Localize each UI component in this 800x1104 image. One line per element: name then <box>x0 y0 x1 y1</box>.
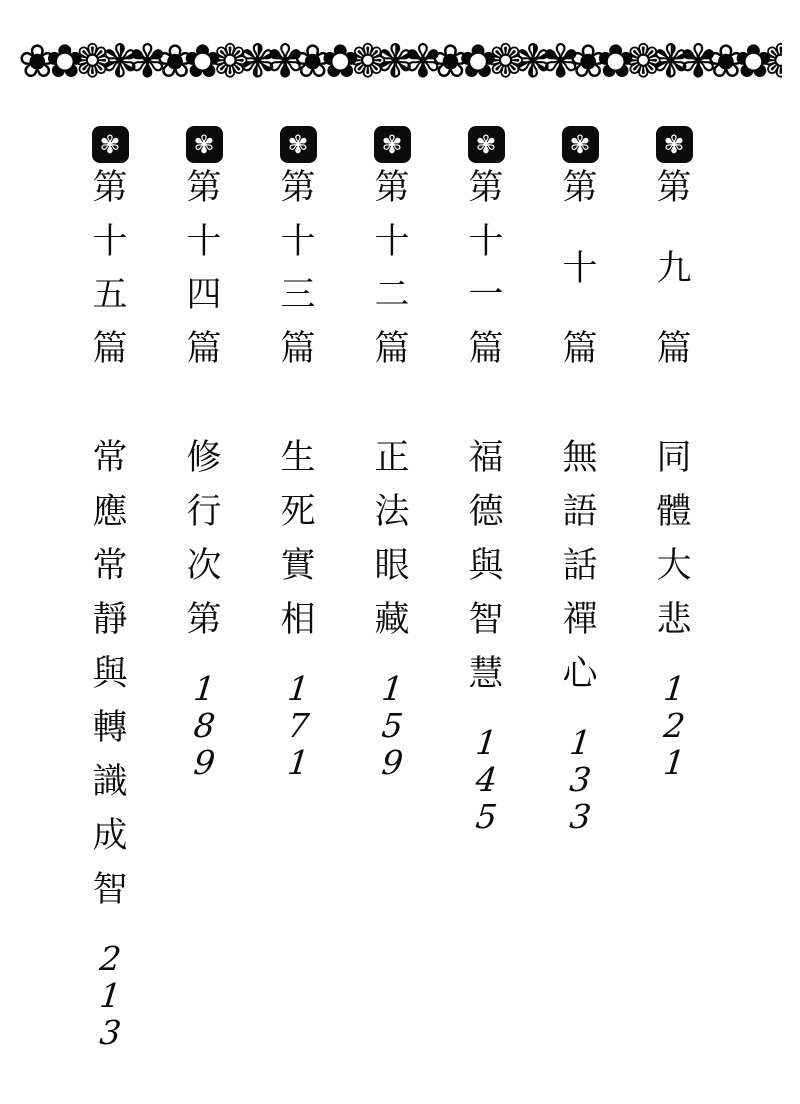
title-char: 與 <box>92 657 127 692</box>
chapter-char: 第 <box>280 171 315 206</box>
page-digit: 3 <box>568 761 593 798</box>
chapter-char: 篇 <box>92 332 127 367</box>
floral-stamp-icon: ✾ <box>468 126 505 163</box>
chapter-label: 第十一篇 <box>468 171 503 367</box>
title-char: 應 <box>92 495 127 530</box>
chapter-char: 第 <box>562 171 597 206</box>
page-digit: 1 <box>474 724 499 761</box>
page-digit: 1 <box>192 670 217 707</box>
toc-entry: ✾ 第十五篇 常應常靜與轉識成智 213 <box>74 126 146 1051</box>
page-number: 145 <box>476 724 497 835</box>
page-digit: 8 <box>192 707 217 744</box>
entry-title: 福德與智慧 <box>468 441 503 692</box>
floral-stamp-icon: ✾ <box>186 126 223 163</box>
chapter-char: 一 <box>468 278 503 313</box>
title-char: 慧 <box>468 657 503 692</box>
page-digit: 4 <box>474 761 499 798</box>
page-digit: 2 <box>98 940 123 977</box>
page-digit: 1 <box>286 744 311 781</box>
chapter-char: 第 <box>92 171 127 206</box>
title-char: 正 <box>374 441 409 476</box>
page-number: 171 <box>288 670 309 781</box>
title-char: 禪 <box>562 603 597 638</box>
title-char: 無 <box>562 441 597 476</box>
chapter-char: 十 <box>374 225 409 260</box>
title-char: 成 <box>92 819 127 854</box>
title-char: 智 <box>92 873 127 908</box>
page-digit: 1 <box>380 670 405 707</box>
title-char: 悲 <box>656 603 691 638</box>
page-digit: 9 <box>380 744 405 781</box>
chapter-char: 篇 <box>374 332 409 367</box>
chapter-char: 十 <box>280 225 315 260</box>
title-char: 死 <box>280 495 315 530</box>
chapter-char: 五 <box>92 278 127 313</box>
title-char: 常 <box>92 441 127 476</box>
chapter-label: 第十五篇 <box>92 171 127 367</box>
entry-title: 同體大悲 <box>656 441 691 638</box>
chapter-char: 篇 <box>468 332 503 367</box>
chapter-char: 篇 <box>186 332 221 367</box>
chapter-char: 三 <box>280 278 315 313</box>
title-char: 大 <box>656 549 691 584</box>
chapter-char: 第 <box>374 171 409 206</box>
entry-title: 生死實相 <box>280 441 315 638</box>
title-char: 語 <box>562 495 597 530</box>
title-char: 德 <box>468 495 503 530</box>
floral-stamp-icon: ✾ <box>374 126 411 163</box>
title-char: 次 <box>186 549 221 584</box>
toc-columns: ✾ 第九篇 同體大悲 121 ✾ 第十篇 無語話禪心 133 ✾ 第十一篇 福德… <box>74 126 710 1051</box>
title-char: 與 <box>468 549 503 584</box>
toc-entry: ✾ 第十二篇 正法眼藏 159 <box>356 126 428 1051</box>
chapter-char: 第 <box>186 171 221 206</box>
page-number: 133 <box>570 724 591 835</box>
page-digit: 1 <box>662 670 687 707</box>
chapter-label: 第十三篇 <box>280 171 315 367</box>
title-char: 實 <box>280 549 315 584</box>
title-char: 常 <box>92 549 127 584</box>
title-char: 轉 <box>92 711 127 746</box>
scanned-toc-page: ❀✿❁❃✾❀✿❁❃✾❀✿❁❃✾❀✿❁❃✾❀✿❁❃✾❀✿❁❃✾❀✿❁❃✾❀✿❁❃✾… <box>0 0 800 1104</box>
title-char: 心 <box>562 657 597 692</box>
page-number: 213 <box>100 940 121 1051</box>
page-digit: 1 <box>286 670 311 707</box>
title-char: 眼 <box>374 549 409 584</box>
chapter-char: 二 <box>374 278 409 313</box>
page-digit: 1 <box>568 724 593 761</box>
title-char: 法 <box>374 495 409 530</box>
title-char: 同 <box>656 441 691 476</box>
title-char: 識 <box>92 765 127 800</box>
chapter-char: 四 <box>186 278 221 313</box>
floral-border-ornament: ❀✿❁❃✾❀✿❁❃✾❀✿❁❃✾❀✿❁❃✾❀✿❁❃✾❀✿❁❃✾❀✿❁❃✾❀✿❁❃✾… <box>18 42 782 82</box>
chapter-char: 篇 <box>562 332 597 367</box>
page-digit: 7 <box>286 707 311 744</box>
title-char: 相 <box>280 603 315 638</box>
floral-stamp-icon: ✾ <box>656 126 693 163</box>
toc-entry: ✾ 第十篇 無語話禪心 133 <box>544 126 616 1051</box>
floral-stamp-icon: ✾ <box>92 126 129 163</box>
page-digit: 3 <box>568 798 593 835</box>
chapter-char: 十 <box>468 225 503 260</box>
title-char: 藏 <box>374 603 409 638</box>
entry-title: 常應常靜與轉識成智 <box>92 441 127 908</box>
entry-title: 修行次第 <box>186 441 221 638</box>
title-char: 修 <box>186 441 221 476</box>
page-digit: 1 <box>98 977 123 1014</box>
chapter-label: 第九篇 <box>656 171 691 367</box>
title-char: 智 <box>468 603 503 638</box>
entry-title: 無語話禪心 <box>562 441 597 692</box>
title-char: 話 <box>562 549 597 584</box>
title-char: 福 <box>468 441 503 476</box>
chapter-char: 第 <box>656 171 691 206</box>
title-char: 體 <box>656 495 691 530</box>
chapter-char: 十 <box>92 225 127 260</box>
page-digit: 3 <box>98 1014 123 1051</box>
chapter-char: 篇 <box>656 332 691 367</box>
title-char: 行 <box>186 495 221 530</box>
page-digit: 5 <box>474 798 499 835</box>
page-digit: 9 <box>192 744 217 781</box>
toc-entry: ✾ 第九篇 同體大悲 121 <box>638 126 710 1051</box>
chapter-char: 篇 <box>280 332 315 367</box>
page-number: 159 <box>382 670 403 781</box>
toc-entry: ✾ 第十三篇 生死實相 171 <box>262 126 334 1051</box>
floral-stamp-icon: ✾ <box>280 126 317 163</box>
title-char: 靜 <box>92 603 127 638</box>
page-number: 121 <box>664 670 685 781</box>
toc-entry: ✾ 第十一篇 福德與智慧 145 <box>450 126 522 1051</box>
page-digit: 1 <box>662 744 687 781</box>
page-digit: 2 <box>662 707 687 744</box>
chapter-char: 十 <box>186 225 221 260</box>
page-digit: 5 <box>380 707 405 744</box>
chapter-label: 第十篇 <box>562 171 597 367</box>
chapter-label: 第十二篇 <box>374 171 409 367</box>
title-char: 生 <box>280 441 315 476</box>
chapter-label: 第十四篇 <box>186 171 221 367</box>
floral-stamp-icon: ✾ <box>562 126 599 163</box>
page-number: 189 <box>194 670 215 781</box>
chapter-char: 十 <box>562 252 597 287</box>
entry-title: 正法眼藏 <box>374 441 409 638</box>
title-char: 第 <box>186 603 221 638</box>
toc-entry: ✾ 第十四篇 修行次第 189 <box>168 126 240 1051</box>
chapter-char: 第 <box>468 171 503 206</box>
chapter-char: 九 <box>656 252 691 287</box>
